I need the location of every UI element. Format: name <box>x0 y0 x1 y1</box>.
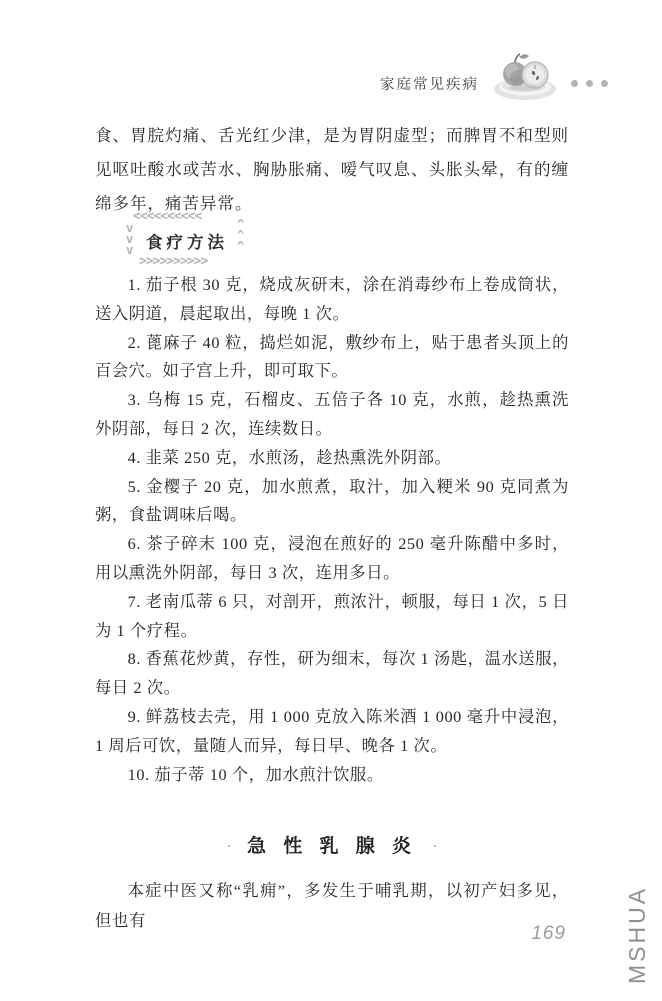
heading-dot-icon: · <box>432 837 437 854</box>
remedy-item: 1. 茄子根 30 克，烧成灰研末，涂在消毒纱布上卷成筒状，送入阴道，晨起取出，… <box>95 271 569 329</box>
remedy-item: 4. 韭菜 250 克，水煎汤，趁热熏洗外阴部。 <box>95 444 569 473</box>
intro-paragraph: 食、胃脘灼痛、舌光红少津，是为胃阴虚型；而脾胃不和型则见呕吐酸水或苦水、胸胁胀痛… <box>95 119 569 221</box>
dot-icon <box>586 80 593 87</box>
section-heading-text: 急 性 乳 腺 炎 <box>247 836 417 857</box>
dot-icon <box>601 80 608 87</box>
diet-therapy-method-box: <<<<<<<<<< >>>>>>>>>> vvv ^^^ 食疗方法 <box>127 214 247 266</box>
remedy-item: 10. 茄子蒂 10 个，加水煎汁饮服。 <box>95 761 569 790</box>
remedy-item: 2. 蓖麻子 40 粒，捣烂如泥，敷纱布上，贴于患者头顶上的百会穴。如子宫上升，… <box>95 329 569 387</box>
remedy-item: 9. 鲜荔枝去壳，用 1 000 克放入陈米酒 1 000 毫升中浸泡，1 周后… <box>95 703 569 761</box>
page-number: 169 <box>466 923 566 945</box>
book-page: 家庭常见疾病 <box>0 0 662 1001</box>
running-header-title: 家庭常见疾病 <box>380 73 479 94</box>
remedy-item: 8. 香蕉花炒黄，存性，研为细末，每次 1 汤匙，温水送服，每日 2 次。 <box>95 645 569 703</box>
apple-plate-icon <box>491 48 561 104</box>
remedy-item: 3. 乌梅 15 克，石榴皮、五倍子各 10 克，水煎，趁热熏洗外阴部，每日 2… <box>95 386 569 444</box>
section-heading-acute-mastitis: · 急 性 乳 腺 炎 · <box>95 831 569 858</box>
running-header: 家庭常见疾病 <box>380 48 608 104</box>
chevron-border-bottom: >>>>>>>>>> <box>139 254 207 269</box>
diet-therapy-label: 食疗方法 <box>127 229 247 253</box>
remedies-list: 1. 茄子根 30 克，烧成灰研末，涂在消毒纱布上卷成筒状，送入阴道，晨起取出，… <box>95 271 569 789</box>
remedy-item: 5. 金樱子 20 克，加水煎煮，取汁，加入粳米 90 克同煮为粥，食盐调味后喝… <box>95 473 569 531</box>
chevron-border-top: <<<<<<<<<< <box>133 209 201 224</box>
heading-dot-icon: · <box>227 837 232 854</box>
remedy-item: 6. 茶子碎末 100 克，浸泡在煎好的 250 毫升陈醋中多时，用以熏洗外阴部… <box>95 530 569 588</box>
side-watermark-text: MSHUA <box>620 875 654 995</box>
dot-icon <box>571 80 578 87</box>
header-dots <box>571 80 608 87</box>
remedy-item: 7. 老南瓜蒂 6 只，对剖开，煎浓汁，顿服，每日 1 次，5 日为 1 个疗程… <box>95 588 569 646</box>
